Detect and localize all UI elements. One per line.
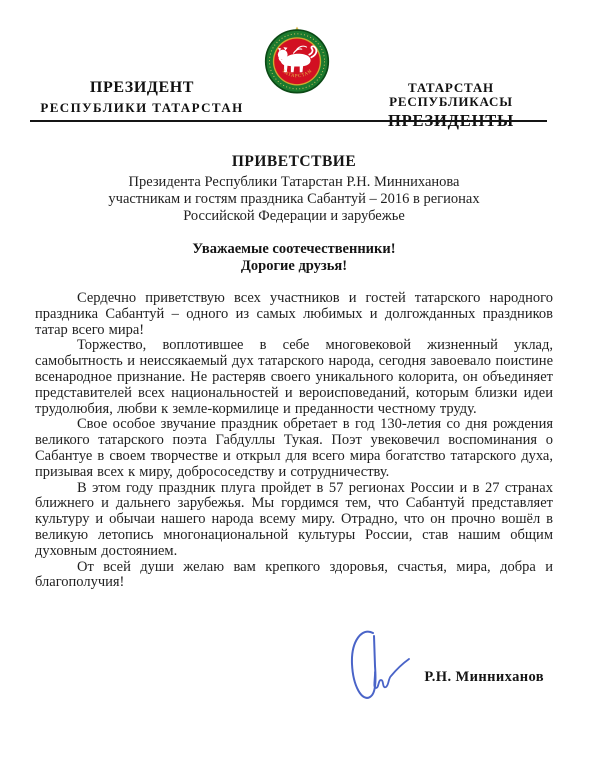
- paragraph: В этом году праздник плуга пройдет в 57 …: [35, 481, 553, 560]
- letterhead: ПРЕЗИДЕНТ РЕСПУБЛИКИ ТАТАРСТАН: [0, 0, 591, 122]
- subtitle-line: Президента Республики Татарстан Р.Н. Мин…: [35, 174, 553, 191]
- paragraph: Торжество, воплотившее в себе многовеков…: [35, 338, 553, 417]
- paragraph: Свое особое звучание праздник обретает в…: [35, 417, 553, 480]
- letter-title: ПРИВЕТСТВИЕ: [35, 153, 553, 170]
- letterhead-left-subtitle: РЕСПУБЛИКИ ТАТАРСТАН: [36, 101, 248, 115]
- salutation: Уважаемые соотечественники! Дорогие друз…: [35, 241, 553, 274]
- letterhead-right-subtitle: ТАТАРСТАН РЕСПУБЛИКАСЫ: [345, 81, 557, 109]
- salutation-line: Дорогие друзья!: [35, 258, 553, 275]
- paragraph: От всей души желаю вам крепкого здоровья…: [35, 560, 553, 592]
- signature-ink: [342, 624, 422, 716]
- salutation-line: Уважаемые соотечественники!: [35, 241, 553, 258]
- paragraph: Сердечно приветствую всех участников и г…: [35, 291, 553, 338]
- letter-content: ПРИВЕТСТВИЕ Президента Республики Татарс…: [35, 153, 553, 591]
- letterhead-divider: [30, 120, 547, 122]
- letterhead-left-title: ПРЕЗИДЕНТ: [36, 79, 248, 96]
- tatarstan-coat-of-arms-icon: ТАТАРСТАН: [263, 26, 331, 94]
- letter-page: ПРЕЗИДЕНТ РЕСПУБЛИКИ ТАТАРСТАН: [0, 0, 591, 782]
- signature-name: Р.Н. Минниханов: [424, 669, 544, 686]
- letterhead-right: ТАТАРСТАН РЕСПУБЛИКАСЫ ПРЕЗИДЕНТЫ: [345, 81, 557, 130]
- letter-subtitle: Президента Республики Татарстан Р.Н. Мин…: [35, 174, 553, 225]
- body-paragraphs: Сердечно приветствую всех участников и г…: [35, 291, 553, 591]
- subtitle-line: участникам и гостям праздника Сабантуй –…: [35, 191, 553, 208]
- letterhead-left: ПРЕЗИДЕНТ РЕСПУБЛИКИ ТАТАРСТАН: [36, 79, 248, 115]
- subtitle-line: Российской Федерации и зарубежье: [35, 208, 553, 225]
